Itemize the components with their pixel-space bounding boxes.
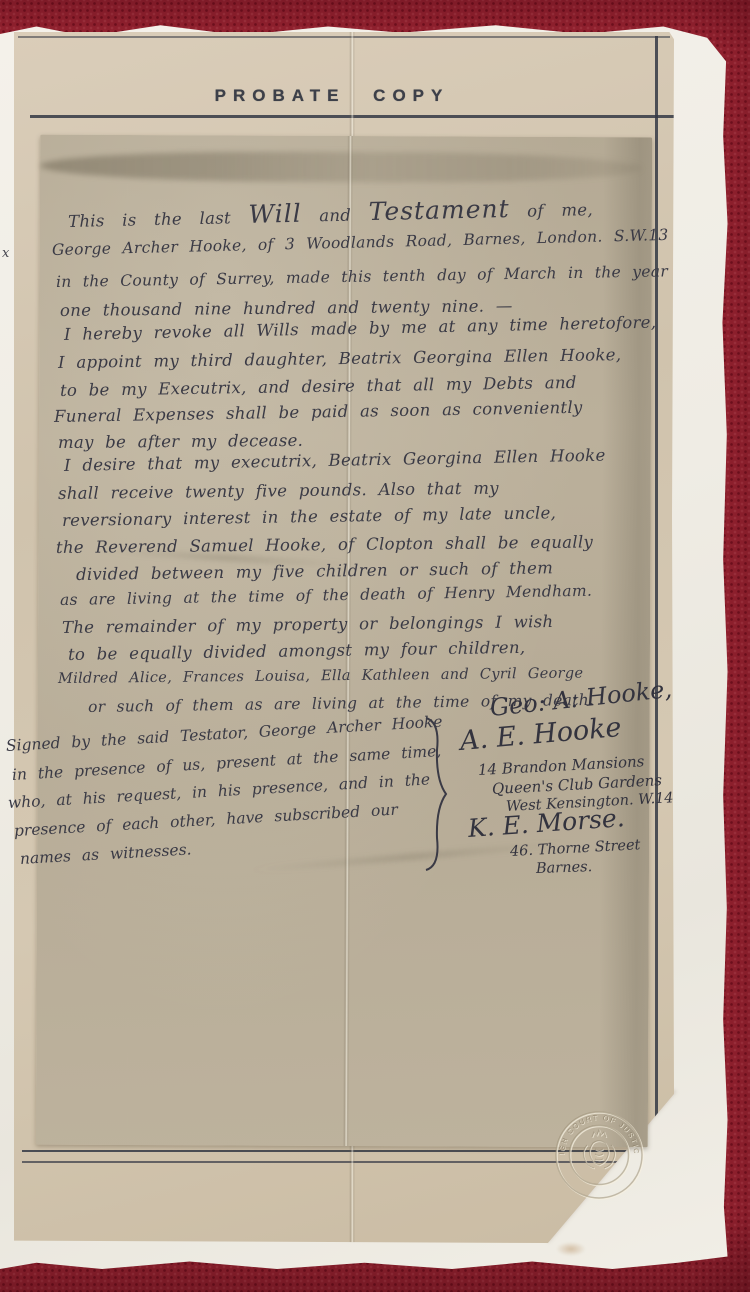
will-word: Will — [248, 199, 302, 229]
will-line: to be equally divided amongst my four ch… — [68, 638, 526, 664]
attestation-line: names as witnesses. — [19, 840, 191, 868]
will-line: The remainder of my property or belongin… — [62, 612, 554, 637]
will-line: This is the last Will and Testament of m… — [68, 192, 594, 233]
handwriting-layer: x This is the last Will and Testament of… — [0, 0, 750, 1292]
margin-pen-mark: x — [2, 246, 9, 261]
will-line: divided between my five children or such… — [76, 558, 553, 584]
will-line-text: This is the last — [68, 208, 231, 231]
testament-word: Testament — [368, 194, 510, 226]
witness-signature: K. E. Morse. — [467, 803, 626, 843]
will-line: I appoint my third daughter, Beatrix Geo… — [58, 345, 622, 372]
witness-address-line: Barnes. — [536, 859, 593, 877]
will-line: to be my Executrix, and desire that all … — [60, 373, 577, 400]
will-line: Mildred Alice, Frances Louisa, Ella Kath… — [58, 665, 583, 687]
photo-canvas: PROBATE COPY x This is the last Will and… — [0, 0, 750, 1292]
will-line: Funeral Expenses shall be paid as soon a… — [54, 398, 583, 426]
will-line: as are living at the time of the death o… — [60, 582, 592, 609]
will-line: the Reverend Samuel Hooke, of Clopton sh… — [56, 532, 593, 557]
will-line-text: of me, — [527, 200, 593, 220]
attestation-brace — [418, 716, 452, 874]
will-line-text: and — [319, 206, 351, 226]
witness-address-line: 46. Thorne Street — [510, 837, 641, 860]
will-line: in the County of Surrey, made this tenth… — [56, 262, 668, 291]
witness-signature: A. E. Hooke — [459, 712, 623, 757]
will-line: reversionary interest in the estate of m… — [62, 503, 556, 530]
will-line: shall receive twenty five pounds. Also t… — [58, 479, 499, 503]
high-court-seal: HIGH COURT OF JUSTICE HIGH COURT OF JUST… — [548, 1104, 650, 1206]
will-line: may be after my decease. — [58, 431, 303, 452]
